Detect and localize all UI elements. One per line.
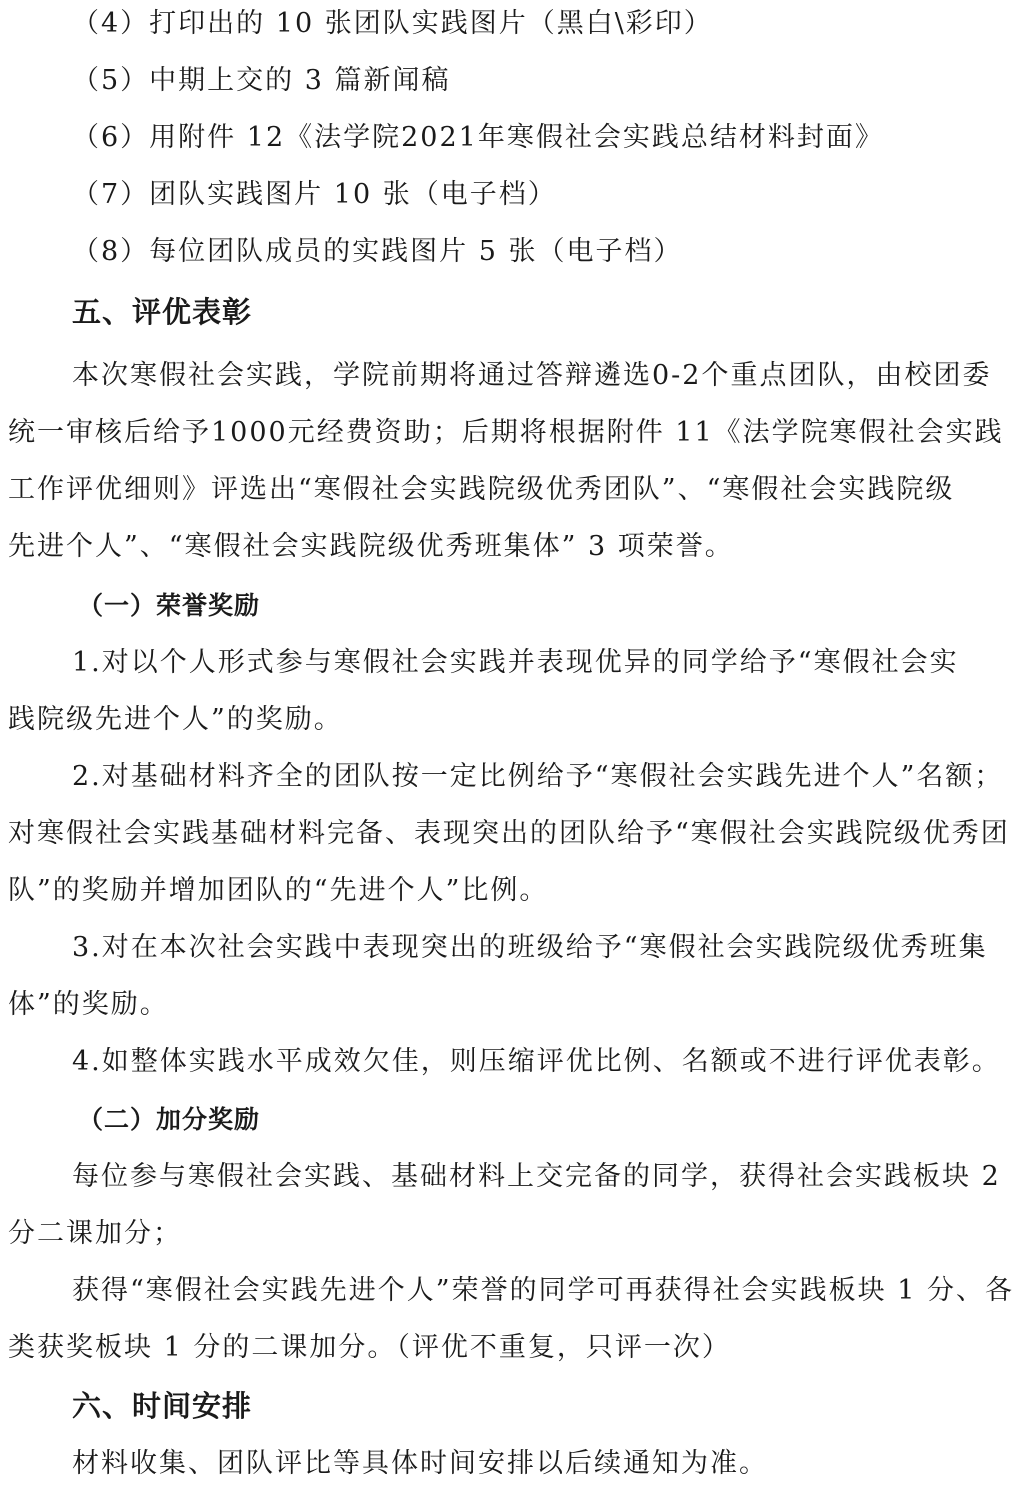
para2-line-1: 获得“寒假社会实践先进个人”荣誉的同学可再获得社会实践板块 1 分、各 <box>72 1271 1014 1311</box>
item1-line-2: 践院级先进个人”的奖励。 <box>8 700 343 740</box>
intro-line-1: 本次寒假社会实践，学院前期将通过答辩遴选0-2个重点团队，由校团委 <box>72 356 991 396</box>
list-item-4: （4）打印出的 10 张团队实践图片（黑白\彩印） <box>72 4 713 44</box>
list-item-8: （8）每位团队成员的实践图片 5 张（电子档） <box>72 232 683 272</box>
item4-line-1: 4.如整体实践水平成效欠佳，则压缩评优比例、名额或不进行评优表彰。 <box>72 1042 1001 1082</box>
item2-line-2: 对寒假社会实践基础材料完备、表现突出的团队给予“寒假社会实践院级优秀团 <box>8 814 1010 854</box>
para2-line-2: 类获奖板块 1 分的二课加分。（评优不重复，只评一次） <box>8 1328 731 1368</box>
item3-line-2: 体”的奖励。 <box>8 985 169 1025</box>
section5-heading: 五、评优表彰 <box>72 292 252 332</box>
list-item-5: （5）中期上交的 3 篇新闻稿 <box>72 61 451 101</box>
intro-line-4: 先进个人”、“寒假社会实践院级优秀班集体” 3 项荣誉。 <box>8 527 734 567</box>
item3-line-1: 3.对在本次社会实践中表现突出的班级给予“寒假社会实践院级优秀班集 <box>72 928 988 968</box>
item2-line-3: 队”的奖励并增加团队的“先进个人”比例。 <box>8 871 548 911</box>
para1-line-2: 分二课加分； <box>8 1214 182 1254</box>
section6-heading: 六、时间安排 <box>72 1386 252 1426</box>
para1-line-1: 每位参与寒假社会实践、基础材料上交完备的同学，获得社会实践板块 2 <box>72 1157 1001 1197</box>
item2-line-1: 2.对基础材料齐全的团队按一定比例给予“寒假社会实践先进个人”名额； <box>72 757 1003 797</box>
list-item-6: （6）用附件 12《法学院2021年寒假社会实践总结材料封面》 <box>72 118 884 158</box>
intro-line-2: 统一审核后给予1000元经费资助；后期将根据附件 11《法学院寒假社会实践 <box>8 413 1004 453</box>
section6-body: 材料收集、团队评比等具体时间安排以后续通知为准。 <box>72 1444 768 1484</box>
list-item-7: （7）团队实践图片 10 张（电子档） <box>72 175 557 215</box>
sub2-heading: （二）加分奖励 <box>78 1100 260 1140</box>
item1-line-1: 1.对以个人形式参与寒假社会实践并表现优异的同学给予“寒假社会实 <box>72 643 959 683</box>
intro-line-3: 工作评优细则》评选出“寒假社会实践院级优秀团队”、“寒假社会实践院级 <box>8 470 954 510</box>
sub1-heading: （一）荣誉奖励 <box>78 586 260 626</box>
